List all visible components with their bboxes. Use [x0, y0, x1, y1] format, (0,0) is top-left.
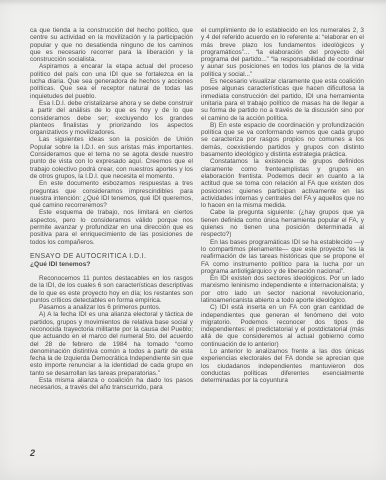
- body-paragraph: Este esquema de trabajo, nos limitará en…: [30, 209, 193, 245]
- body-paragraph: Constatamos la existencia de grupos defi…: [201, 158, 364, 209]
- body-paragraph: Reconocemos 11 puntos destacables en los…: [30, 275, 193, 304]
- body-paragraph: Aspiramos a encarar la etapa actual del …: [30, 63, 193, 99]
- body-paragraph: C) IDI está inserta en un FA con gran ca…: [201, 304, 364, 348]
- text-column-left: ca que tienda a la construcción del hech…: [30, 27, 193, 392]
- body-paragraph: Esta misma alianza o coalición ha dado l…: [30, 377, 193, 392]
- body-paragraph: el cumplimiento de lo establecido en los…: [201, 27, 364, 78]
- section-heading-subtitle: ¿Qué IDI tenemos?: [30, 261, 193, 269]
- body-paragraph: A) A la fecha IDI es una alianza elector…: [30, 311, 193, 377]
- section-heading: ENSAYO DE AUTOCRITICA I.D.I. ¿Qué IDI te…: [30, 253, 193, 269]
- body-paragraph: Pasamos a analizar los 6 primeros puntos…: [30, 304, 193, 311]
- body-paragraph: En este documento esbozamos respuestas a…: [30, 180, 193, 209]
- page-number: 2: [30, 448, 35, 458]
- body-paragraph: Las siguientes ideas son la posición de …: [30, 136, 193, 180]
- body-paragraph: En las bases programáticas IDI se ha est…: [201, 239, 364, 275]
- body-paragraph: Lo anterior lo analizamos frente a las d…: [201, 348, 364, 384]
- body-paragraph: ca que tienda a la construcción del hech…: [30, 27, 193, 63]
- text-column-right: el cumplimiento de lo establecido en los…: [201, 27, 364, 392]
- scanned-page: ca que tienda a la construcción del hech…: [0, 0, 386, 480]
- scan-edge-shadow: [0, 0, 386, 5]
- section-heading-title: ENSAYO DE AUTOCRITICA I.D.I.: [30, 253, 193, 261]
- text-columns: ca que tienda a la construcción del hech…: [30, 27, 364, 392]
- body-paragraph: Esa I.D.I. debe cristalizarse ahora y se…: [30, 100, 193, 136]
- body-paragraph: Cabe la pregunta siguiente: (¿hay grupos…: [201, 209, 364, 238]
- body-paragraph: Es necesario visualizar claramente que e…: [201, 78, 364, 122]
- body-paragraph: B) En este espacio de coordinación y pro…: [201, 122, 364, 158]
- body-paragraph: En IDI existen dos sectores ideológicos.…: [201, 275, 364, 304]
